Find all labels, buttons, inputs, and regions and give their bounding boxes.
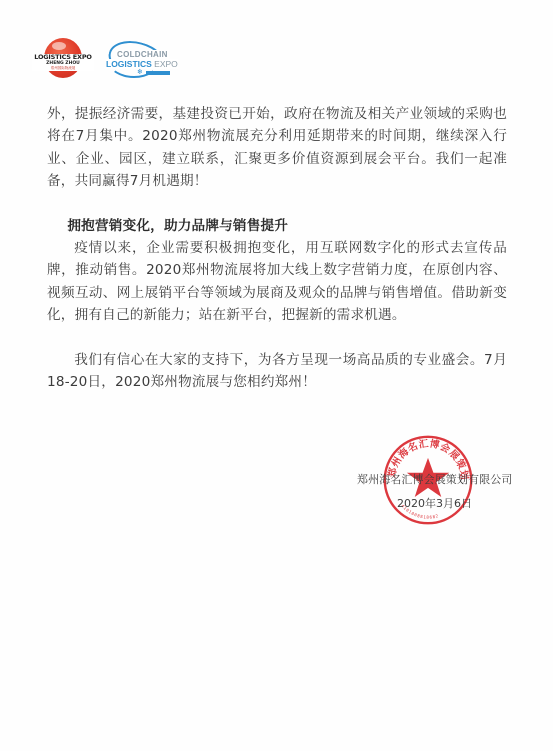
company-name: 郑州海名汇博会展策划有限公司 [357,471,512,487]
letter-body: 外，提振经济需要，基建投资已开始，政府在物流及相关产业领域的采购也将在7月集中。… [47,103,507,393]
logo-line-coldchain: COLDCHAIN [116,50,169,59]
logo-logistics-word: LOGISTICS [106,59,152,69]
section-heading-marketing: 拥抱营销变化，助力品牌与销售提升 [47,215,507,237]
snowflake-icon: ❄ [137,69,143,76]
paragraph-gap [47,193,507,215]
header-logos: LOGISTICS EXPO ZHENG ZHOU 郑州国际物流展 COLDCH… [32,38,180,82]
paragraph-gap [47,327,507,349]
signature-date: 2020年3月6日 [397,495,472,511]
logo-expo-word: EXPO [152,59,178,69]
paragraph-investment: 外，提振经济需要，基建投资已开始，政府在物流及相关产业领域的采购也将在7月集中。… [47,103,507,193]
logo-bar [146,71,170,75]
paragraph-closing: 我们有信心在大家的支持下，为各方呈现一场高品质的专业盛会。7月18-20日，20… [47,349,507,394]
coldchain-logistics-expo-logo: COLDCHAIN LOGISTICS EXPO ❄ [104,40,180,80]
logistics-expo-zhengzhou-logo: LOGISTICS EXPO ZHENG ZHOU 郑州国际物流展 [32,38,94,82]
logo-chinese: 郑州国际物流展 [32,67,94,71]
logo-title: LOGISTICS EXPO [32,54,94,61]
signature-block: 郑州海名汇博会展策划有限公司 4101008818682 郑州海名汇博会展策划有… [355,432,505,527]
paragraph-marketing: 疫情以来，企业需要积极拥抱变化，用互联网数字化的形式去宣传品牌，推动销售。202… [47,237,507,327]
